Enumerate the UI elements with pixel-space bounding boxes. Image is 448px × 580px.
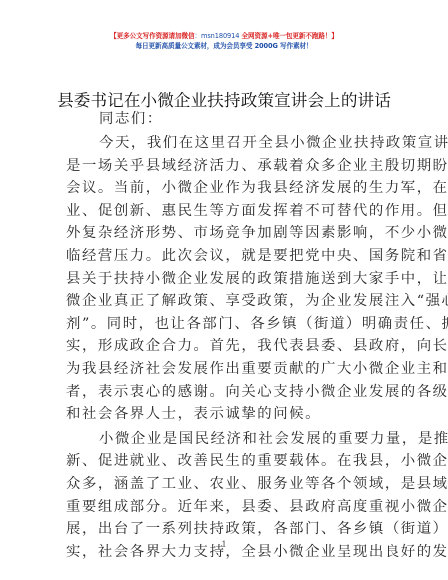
document-page: 【更多公文写作资源请加微信：msn180914 全网资源+唯一包更新不跑路！】 …	[0, 0, 448, 580]
document-body: 同志们： 今天，我们在这里召开全县小微企业扶持政策宣讲会，这 是一场关乎县域经济…	[66, 108, 384, 563]
paragraph-line: 和社会各界人士，表示诚挚的问候。	[66, 403, 384, 426]
paragraph-line: 业、促创新、惠民生等方面发挥着不可替代的作用。但受国内	[66, 200, 384, 223]
promo-banner-line-2: 每日更新高质量公文素材，成为会员享受 2000G 写作素材！	[0, 42, 448, 51]
paragraph-line: 展，出台了一系列扶持政策，各部门、各乡镇（街道）积极落	[66, 518, 384, 541]
paragraph-line: 者，表示衷心的感谢。向关心支持小微企业发展的各级各部门	[66, 381, 384, 404]
greeting: 同志们：	[66, 108, 384, 131]
page-number: 1	[0, 540, 448, 549]
promo-banner-text-red: 【更多公文写作资源请加微信	[110, 32, 194, 40]
paragraph-line: 今天，我们在这里召开全县小微企业扶持政策宣讲会，这	[66, 132, 384, 155]
paragraph-line: 新、促进就业、改善民生的重要载体。在我县，小微企业数量	[66, 450, 384, 473]
promo-banner-wechat-id: ：msn180914	[195, 32, 240, 40]
paragraph-line: 众多，涵盖了工业、农业、服务业等各个领域，是县域经济的	[66, 473, 384, 496]
paragraph-line: 县关于扶持小微企业发展的政策措施送到大家手中，让广大小	[66, 268, 384, 291]
paragraph-line: 为我县经济社会发展作出重要贡献的广大小微企业主和创业	[66, 358, 384, 381]
paragraph-line: 剂”。同时，也让各部门、各乡镇（街道）明确责任、抓好落	[66, 313, 384, 336]
paragraph-line: 微企业真正了解政策、享受政策，为企业发展注入“强心	[66, 290, 384, 313]
paragraph-1: 今天，我们在这里召开全县小微企业扶持政策宣讲会，这 是一场关乎县域经济活力、承载…	[66, 132, 384, 426]
paragraph-line: 重要组成部分。近年来，县委、县政府高度重视小微企业发	[66, 496, 384, 519]
paragraph-line: 实，形成政企合力。首先，我代表县委、县政府，向长期以来	[66, 335, 384, 358]
promo-banner-line-1: 【更多公文写作资源请加微信：msn180914 全网资源+唯一包更新不跑路！】	[0, 32, 448, 41]
paragraph-line: 临经营压力。此次会议，就是要把党中央、国务院和省、市、	[66, 245, 384, 268]
paragraph-line: 外复杂经济形势、市场竞争加剧等因素影响，不少小微企业面	[66, 222, 384, 245]
paragraph-line: 会议。当前，小微企业作为我县经济发展的生力军，在稳就	[66, 177, 384, 200]
paragraph-line: 小微企业是国民经济和社会发展的重要力量，是推动创	[66, 428, 384, 451]
promo-banner-text-red-2: 全网资源+唯一包更新不跑路！】	[239, 32, 338, 40]
paragraph-line: 是一场关乎县域经济活力、承载着众多企业主殷切期盼的重要	[66, 155, 384, 178]
